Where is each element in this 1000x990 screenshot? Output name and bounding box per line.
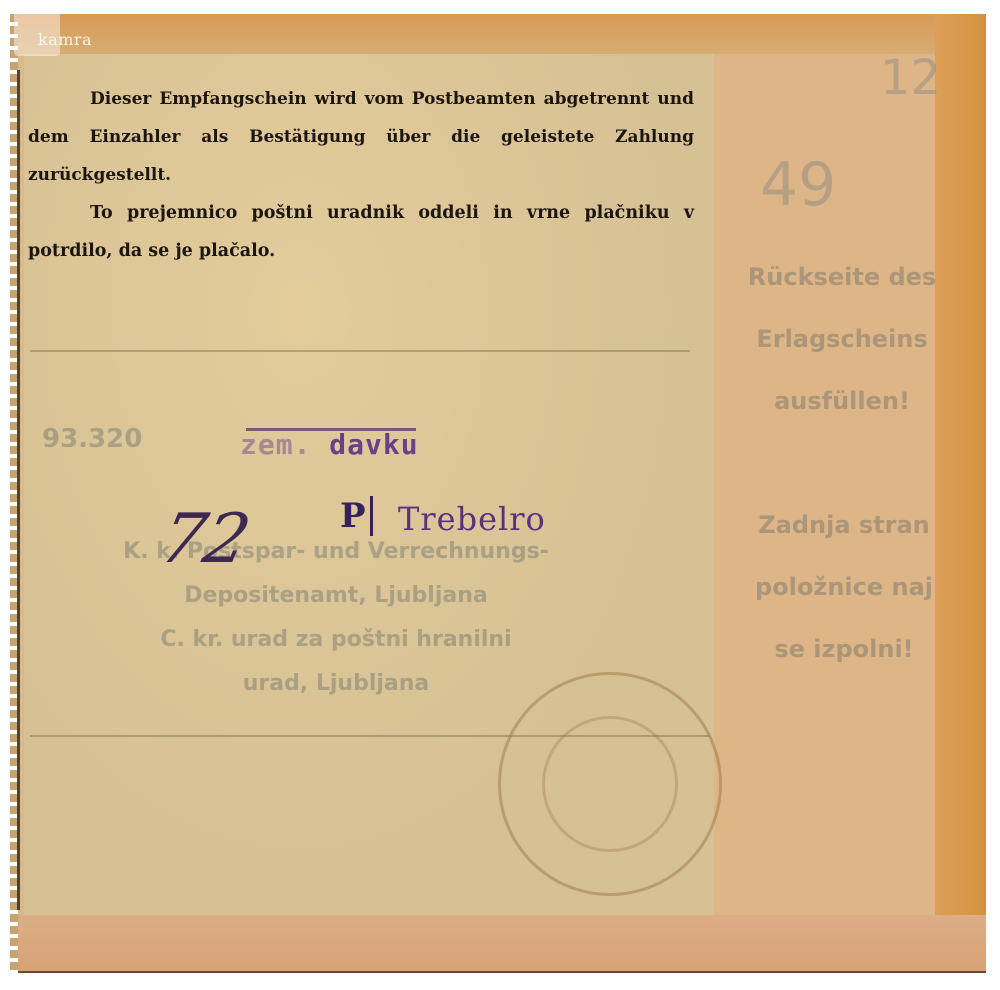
german-notice: Dieser Empfangschein wird vom Postbeamte… (28, 80, 694, 194)
perforation-line (17, 70, 20, 910)
purpose-stamp: zem. davku (240, 428, 419, 461)
divider-line (30, 350, 690, 352)
office-place-stamp: Trebelro (398, 500, 546, 538)
office-letter-stamp: P (340, 496, 373, 536)
ghost-right-de: Rückseite des Erlagscheins ausfüllen! (724, 246, 960, 432)
postmark-inner-ring (542, 716, 678, 852)
pencil-mark: 12 (880, 50, 941, 106)
handwritten-number: 72 (154, 500, 257, 579)
slovene-notice: To prejemnico poštni uradnik oddeli in v… (28, 194, 694, 270)
bottom-margin-band (18, 915, 986, 971)
ghost-center-text: K. k. Postspar- und Verrechnungs- Deposi… (66, 530, 606, 706)
watermark-text: kamra (38, 30, 92, 49)
ghost-amount-left: 93.320 (42, 424, 142, 454)
top-margin-band (18, 14, 986, 54)
right-margin-band (935, 14, 986, 971)
ghost-right-sl: Zadnja stran položnice naj se izpolni! (724, 494, 964, 680)
pencil-mark: 49 (760, 150, 836, 220)
